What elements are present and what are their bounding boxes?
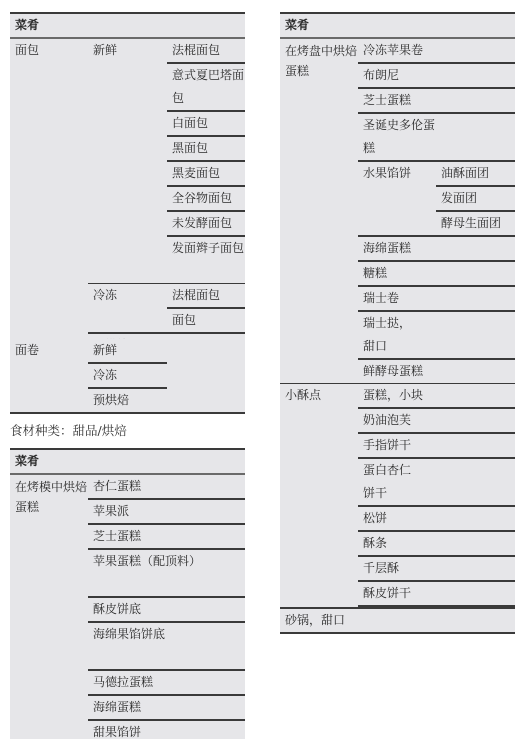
- group-tray-cakes: 在烤盘中烘焙蛋糕: [280, 38, 358, 384]
- list-item: 瑞士挞，甜口: [358, 311, 515, 359]
- category-caption: 食材种类：甜品/烘焙: [10, 421, 127, 439]
- list-item: 蛋白杏仁饼干: [358, 458, 515, 506]
- list-item: 松饼: [358, 506, 515, 531]
- list-item: 法棍面包: [167, 38, 245, 63]
- list-item: 酵母生面团: [436, 211, 515, 236]
- sub-fresh: 新鲜: [88, 38, 167, 284]
- list-item: 杏仁蛋糕: [88, 474, 245, 499]
- table-cakes-tin: 菜肴 在烤模中烘焙蛋糕 杏仁蛋糕 苹果派 芝士蛋糕 苹果蛋糕（配顶料） 酥皮饼底…: [10, 448, 245, 739]
- sub-fresh: 新鲜: [88, 339, 167, 363]
- list-item: 瑞士卷: [358, 286, 515, 311]
- list-item: 圣诞史多伦蛋糕: [358, 113, 515, 161]
- list-item: 手指饼干: [358, 433, 515, 458]
- sub-frozen: 冷冻: [88, 284, 167, 334]
- list-item: 布朗尼: [358, 63, 515, 88]
- list-item: 酥皮饼干: [358, 581, 515, 606]
- table-header: 菜肴: [10, 13, 245, 38]
- list-item: 未发酵面包: [167, 211, 245, 236]
- list-item: 意式夏巴塔面包: [167, 63, 245, 111]
- list-item: 海绵蛋糕: [358, 236, 515, 261]
- list-item: 马德拉蛋糕: [88, 670, 245, 695]
- list-item: 苹果派: [88, 499, 245, 524]
- group-bread: 面包: [10, 38, 88, 358]
- table-cakes-tray: 菜肴 在烤盘中烘焙蛋糕 冷冻苹果卷 布朗尼 芝士蛋糕 圣诞史多伦蛋糕 水果馅饼 …: [280, 12, 515, 634]
- group-pastries: 小酥点: [280, 384, 358, 609]
- list-item: 芝士蛋糕: [88, 524, 245, 549]
- list-item: 苹果蛋糕（配顶料）: [88, 549, 245, 597]
- list-item: 奶油泡芙: [358, 408, 515, 433]
- list-item: 酥条: [358, 531, 515, 556]
- list-item: 鲜酵母蛋糕: [358, 359, 515, 384]
- group-rolls: 面卷: [10, 339, 88, 413]
- list-item: 海绵蛋糕: [88, 695, 245, 720]
- list-item: 黑面包: [167, 136, 245, 161]
- sub-frozen: 冷冻: [88, 363, 167, 388]
- list-item: 全谷物面包: [167, 186, 245, 211]
- list-item: 糖糕: [358, 261, 515, 286]
- list-item-fruit-pie: 水果馅饼: [358, 161, 436, 236]
- table-bread: 菜肴 面包 新鲜 法棍面包 意式夏巴塔面包 白面包 黑面包 黑麦面包 全谷物面包…: [10, 12, 245, 359]
- list-item: 千层酥: [358, 556, 515, 581]
- list-item: 法棍面包: [167, 284, 245, 309]
- list-item: 油酥面团: [436, 161, 515, 186]
- list-item: 蛋糕，小块: [358, 384, 515, 409]
- list-item: 白面包: [167, 111, 245, 136]
- table-header: 菜肴: [280, 13, 515, 38]
- list-item: 芝士蛋糕: [358, 88, 515, 113]
- table-header: 菜肴: [10, 449, 245, 474]
- list-item: 甜果馅饼: [88, 720, 245, 739]
- list-item: 酥皮饼底: [88, 597, 245, 622]
- list-item: 发面团: [436, 186, 515, 211]
- table-rolls: 面卷 新鲜 冷冻 预烘焙: [10, 339, 245, 414]
- list-item: 发面辫子面包: [167, 236, 245, 284]
- list-item: 海绵果馅饼底: [88, 622, 245, 670]
- list-item: 面包: [167, 308, 245, 333]
- list-item: 冷冻苹果卷: [358, 38, 515, 63]
- group-casserole: 砂锅，甜口: [280, 608, 515, 633]
- group-tin-cakes: 在烤模中烘焙蛋糕: [10, 474, 88, 739]
- list-item: 黑麦面包: [167, 161, 245, 186]
- sub-prebaked: 预烘焙: [88, 388, 167, 413]
